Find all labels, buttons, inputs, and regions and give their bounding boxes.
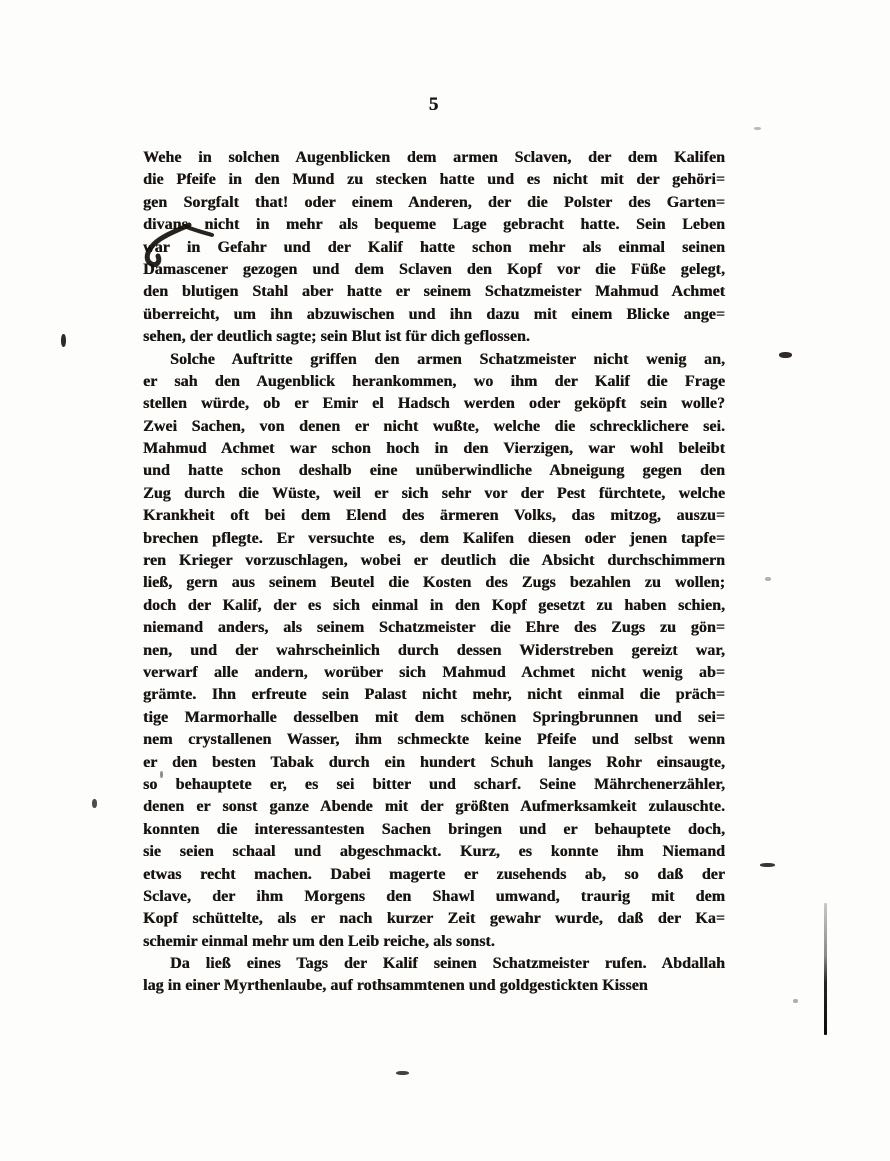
text-line: er sah den Augenblick herankommen, wo ih… bbox=[143, 371, 725, 393]
text-line: Mahmud Achmet war schon hoch in den Vier… bbox=[143, 438, 725, 460]
text-line: verwarf alle andern, worüber sich Mahmud… bbox=[143, 662, 725, 684]
text-line: den blutigen Stahl aber hatte er seinem … bbox=[143, 281, 725, 303]
text-line: brechen pflegte. Er versuchte es, dem Ka… bbox=[143, 528, 725, 550]
scan-artifact-line bbox=[824, 903, 827, 1035]
text-line: Kopf schüttelte, als er nach kurzer Zeit… bbox=[143, 908, 725, 930]
scan-speck bbox=[779, 352, 792, 358]
scan-speck bbox=[754, 127, 761, 130]
text-line: lag in einer Myrthenlaube, auf rothsammt… bbox=[143, 975, 725, 997]
text-line: Sclave, der ihm Morgens den Shawl umwand… bbox=[143, 886, 725, 908]
text-line: er den besten Tabak durch ein hundert Sc… bbox=[143, 752, 725, 774]
text-line: Zwei Sachen, von denen er nicht wußte, w… bbox=[143, 416, 725, 438]
text-line: stellen würde, ob er Emir el Hadsch werd… bbox=[143, 393, 725, 415]
text-line: überreicht, um ihn abzuwischen und ihn d… bbox=[143, 304, 725, 326]
text-line: Solche Auftritte griffen den armen Schat… bbox=[143, 349, 725, 371]
scan-speck bbox=[760, 863, 775, 867]
text-line: Zug durch die Wüste, weil er sich sehr v… bbox=[143, 483, 725, 505]
text-line: Wehe in solchen Augenblicken dem armen S… bbox=[143, 147, 725, 169]
text-line: niemand anders, als seinem Schatzmeister… bbox=[143, 617, 725, 639]
text-line: denen er sonst ganze Abende mit der größ… bbox=[143, 796, 725, 818]
text-line: gen Sorgfalt that! oder einem Anderen, d… bbox=[143, 192, 725, 214]
text-line: und hatte schon deshalb eine unüberwindl… bbox=[143, 460, 725, 482]
page-number: 5 bbox=[143, 94, 725, 116]
text-line: sie seien schaal und abgeschmackt. Kurz,… bbox=[143, 841, 725, 863]
text-line: tige Marmorhalle desselben mit dem schön… bbox=[143, 707, 725, 729]
text-line: Krankheit oft bei dem Elend des ärmeren … bbox=[143, 505, 725, 527]
scan-speck bbox=[765, 577, 771, 581]
text-line: etwas recht machen. Dabei magerte er zus… bbox=[143, 864, 725, 886]
text-line: so behauptete er, es sei bitter und scha… bbox=[143, 774, 725, 796]
text-line: nem crystallenen Wasser, ihm schmeckte k… bbox=[143, 729, 725, 751]
text-line: ließ, gern aus seinem Beutel die Kosten … bbox=[143, 572, 725, 594]
scan-speck bbox=[160, 771, 163, 778]
scan-speck bbox=[92, 799, 97, 808]
text-line: ren Krieger vorzuschlagen, wobei er deut… bbox=[143, 550, 725, 572]
text-line: war in Gefahr und der Kalif hatte schon … bbox=[143, 237, 725, 259]
text-line: Da ließ eines Tags der Kalif seinen Scha… bbox=[143, 953, 725, 975]
text-line: grämte. Ihn erfreute sein Palast nicht m… bbox=[143, 684, 725, 706]
text-line: divans nicht in mehr als bequeme Lage ge… bbox=[143, 214, 725, 236]
scan-speck bbox=[793, 999, 798, 1003]
text-line: schemir einmal mehr um den Leib reiche, … bbox=[143, 931, 725, 953]
scan-speck bbox=[396, 1071, 409, 1075]
text-line: die Pfeife in den Mund zu stecken hatte … bbox=[143, 169, 725, 191]
text-line: konnten die interessantesten Sachen brin… bbox=[143, 819, 725, 841]
scan-speck bbox=[61, 334, 66, 347]
text-line: doch der Kalif, der es sich einmal in de… bbox=[143, 595, 725, 617]
text-line: nen, und der wahrscheinlich durch dessen… bbox=[143, 640, 725, 662]
text-line: sehen, der deutlich sagte; sein Blut ist… bbox=[143, 326, 725, 348]
text-line: Damascener gezogen und dem Sclaven den K… bbox=[143, 259, 725, 281]
book-page: 5 Wehe in solchen Augenblicken dem armen… bbox=[0, 0, 890, 1161]
text-block: Wehe in solchen Augenblicken dem armen S… bbox=[143, 147, 725, 998]
